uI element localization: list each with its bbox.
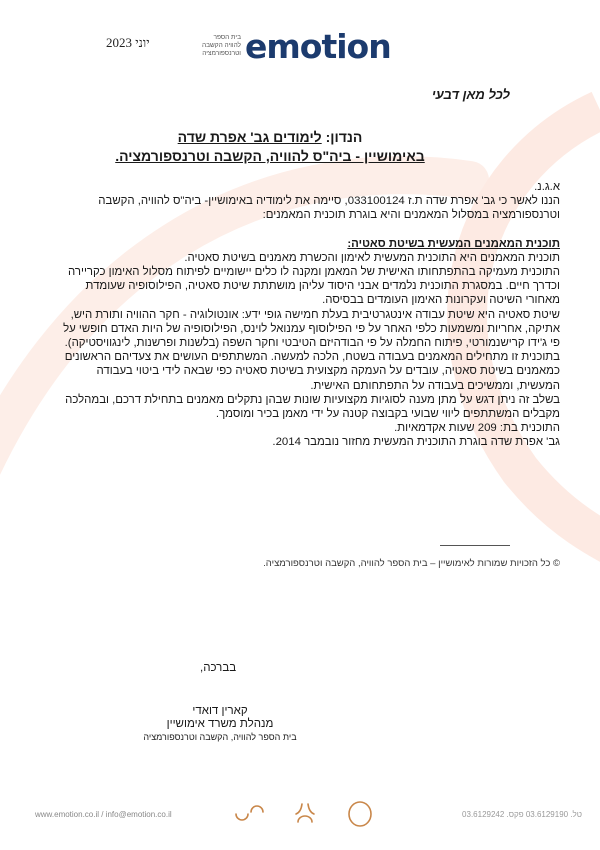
signatory-role: מנהלת משרד אימושיין	[130, 718, 310, 731]
subject-line-1: הנדון: לימודים גב' אפרת שדה	[60, 128, 480, 147]
footer-contact-web: www.emotion.co.il / info@emotion.co.il	[35, 810, 172, 819]
body-paragraph: בשלב זה ניתן דגש על מתן מענה לסוגיות מקצ…	[60, 393, 560, 421]
section-title: תוכנית המאמנים המעשית בשיטת סאטיה:	[60, 237, 560, 251]
footnote-divider	[440, 545, 510, 546]
subject-heading: הנדון: לימודים גב' אפרת שדה באימושיין - …	[60, 128, 480, 166]
smile-arc-icon	[236, 806, 263, 820]
signatory-organization: בית הספר להוויה, הקשבה וטרנספורמציה	[130, 731, 310, 744]
body-paragraph: התוכנית מעמיקה בהתפתחותו האישית של המאמן…	[60, 265, 560, 308]
emotion-logo: בית הספר להוויה הקשבה וטרנספורמציה emoti…	[195, 26, 400, 66]
closing-greeting: בברכה,	[200, 662, 236, 674]
recipient-line: לכל מאן דבעי	[432, 87, 510, 102]
letter-date: יוני 2023	[106, 35, 150, 51]
opening-salutation: א.ג.נ.	[60, 180, 560, 194]
logo-tagline: בית הספר להוויה הקשבה וטרנספורמציה	[195, 34, 241, 58]
copyright-footnote: © כל הזכויות שמורות לאימושיין – בית הספר…	[263, 558, 560, 569]
graduation-statement: גב' אפרת שדה בוגרת התוכנית המעשית מחזור …	[60, 435, 560, 449]
signatory-name: קארין דואדי	[130, 705, 310, 718]
body-paragraph: תוכנית המאמנים היא התוכנית המעשית לאימון…	[60, 251, 560, 265]
signature-block: קארין דואדי מנהלת משרד אימושיין בית הספר…	[130, 705, 310, 744]
footer-phone-numbers: טל. 03.6129190 פקס. 03.6129242	[462, 810, 582, 819]
circle-icon	[349, 802, 371, 826]
letter-body: א.ג.נ. הננו לאשר כי גב' אפרת שדה ת.ז 033…	[60, 180, 560, 450]
page-footer: www.emotion.co.il / info@emotion.co.il ט…	[0, 800, 600, 830]
body-paragraph: שיטת סאטיה היא שיטת עבודה אינטגרטיבית בע…	[60, 308, 560, 351]
subject-line-2: באימושיין - ביה"ס להוויה, הקשבה וטרנספור…	[60, 147, 480, 166]
intro-paragraph: הננו לאשר כי גב' אפרת שדה ת.ז 033100124,…	[60, 194, 560, 222]
program-hours: התוכנית בת: 209 שעות אקדמאיות.	[60, 421, 560, 435]
logo-wordmark: emotion	[245, 30, 391, 63]
footer-emotion-icons	[230, 800, 380, 828]
body-paragraph: בתוכנית זו מתחילים המאמנים בעבודה בשטח, …	[60, 350, 560, 393]
sad-face-icon	[296, 804, 314, 822]
